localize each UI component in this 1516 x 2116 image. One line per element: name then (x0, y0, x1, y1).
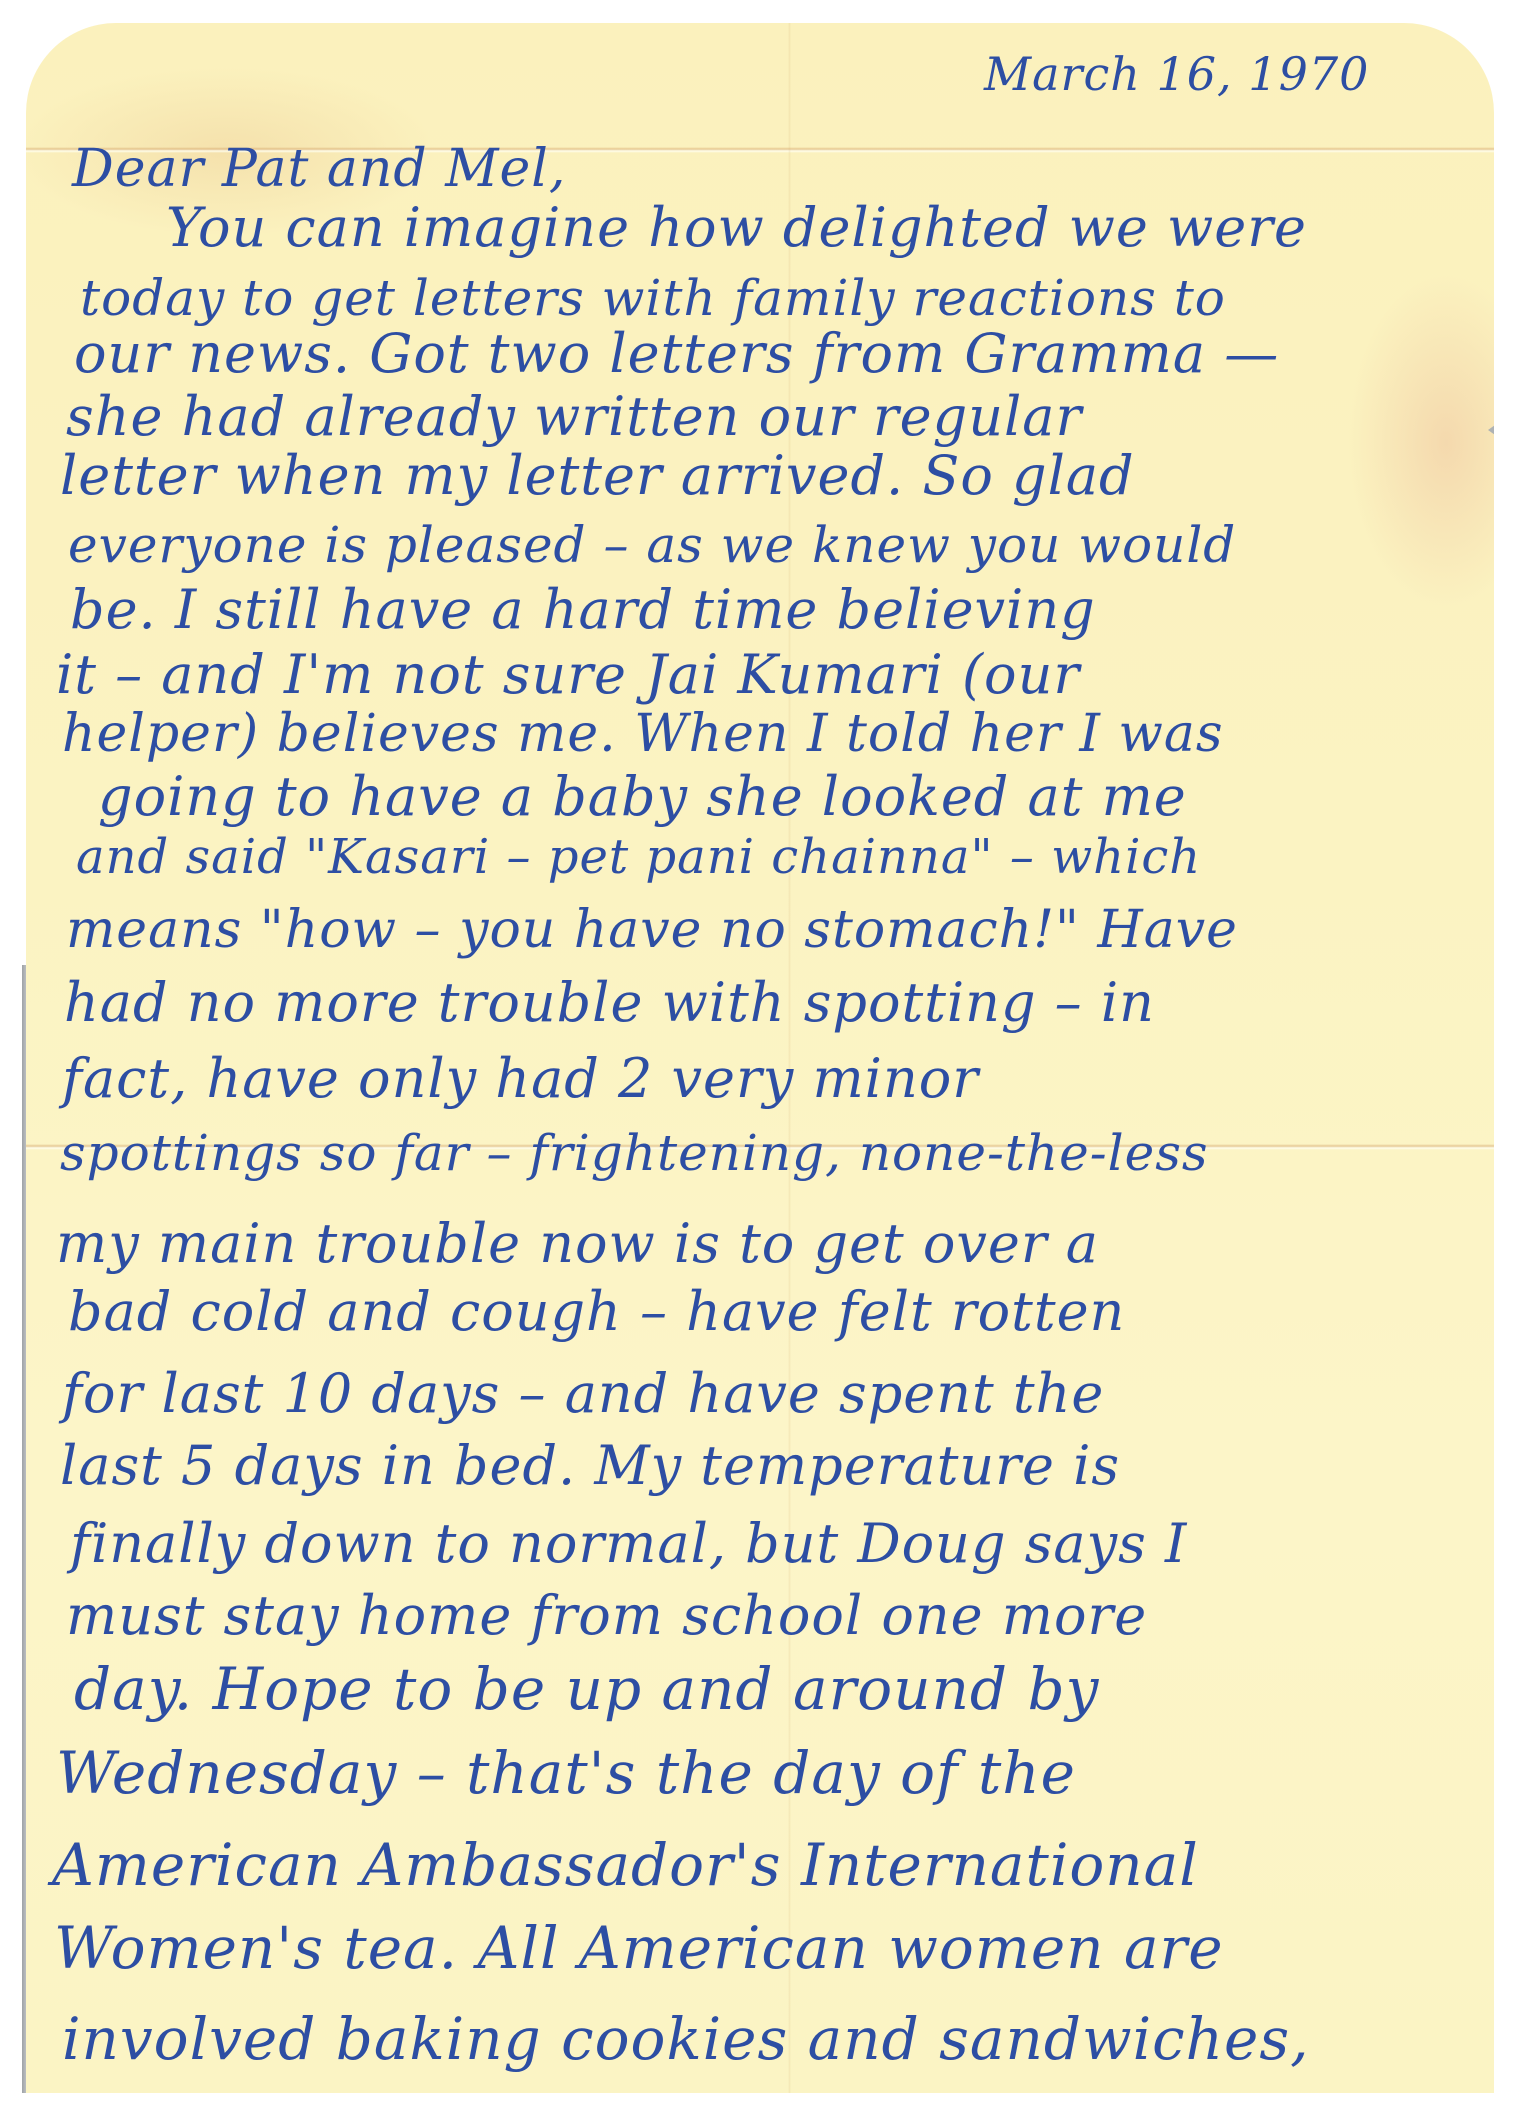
letter-line: day. Hope to be up and around by (74, 1660, 1099, 1718)
letter-line: last 5 days in bed. My temperature is (60, 1439, 1120, 1493)
letter-line: my main trouble now is to get over a (56, 1217, 1099, 1271)
letter-page: March 16, 1970 Dear Pat and Mel, You can… (26, 23, 1494, 2093)
paper-edge-tear (1488, 423, 1494, 437)
letter-line: our news. Got two letters from Gramma — (74, 327, 1279, 381)
letter-line: today to get letters with family reactio… (80, 273, 1226, 323)
letter-line: must stay home from school one more (66, 1589, 1147, 1643)
salutation: Dear Pat and Mel, (72, 143, 566, 195)
letter-line: You can imagine how delighted we were (166, 201, 1307, 255)
letter-line: everyone is pleased – as we knew you wou… (68, 520, 1236, 570)
letter-line: spottings so far – frightening, none-the… (60, 1128, 1209, 1178)
letter-line: be. I still have a hard time believing (70, 583, 1096, 637)
letter-line: she had already written our regular (66, 390, 1082, 444)
letter-line: had no more trouble with spotting – in (64, 976, 1155, 1030)
letter-line: it – and I'm not sure Jai Kumari (our (56, 648, 1080, 702)
letter-line: Women's tea. All American women are (54, 1919, 1224, 1977)
letter-date: March 16, 1970 (984, 51, 1369, 97)
letter-line: bad cold and cough – have felt rotten (68, 1285, 1125, 1339)
letter-line: fact, have only had 2 very minor (62, 1052, 979, 1106)
letter-line: Wednesday – that's the day of the (56, 1744, 1076, 1802)
letter-line: letter when my letter arrived. So glad (60, 449, 1135, 503)
letter-line: helper) believes me. When I told her I w… (62, 708, 1224, 760)
letter-line: means "how – you have no stomach!" Have (66, 904, 1238, 956)
letter-line: going to have a baby she looked at me (98, 770, 1187, 824)
letter-line: involved baking cookies and sandwiches, (62, 2010, 1310, 2068)
letter-line: American Ambassador's International (52, 1836, 1199, 1894)
letter-line: and said "Kasari – pet pani chainna" – w… (76, 833, 1201, 881)
letter-line: for last 10 days – and have spent the (62, 1367, 1104, 1421)
letter-line: finally down to normal, but Doug says I (70, 1517, 1187, 1571)
